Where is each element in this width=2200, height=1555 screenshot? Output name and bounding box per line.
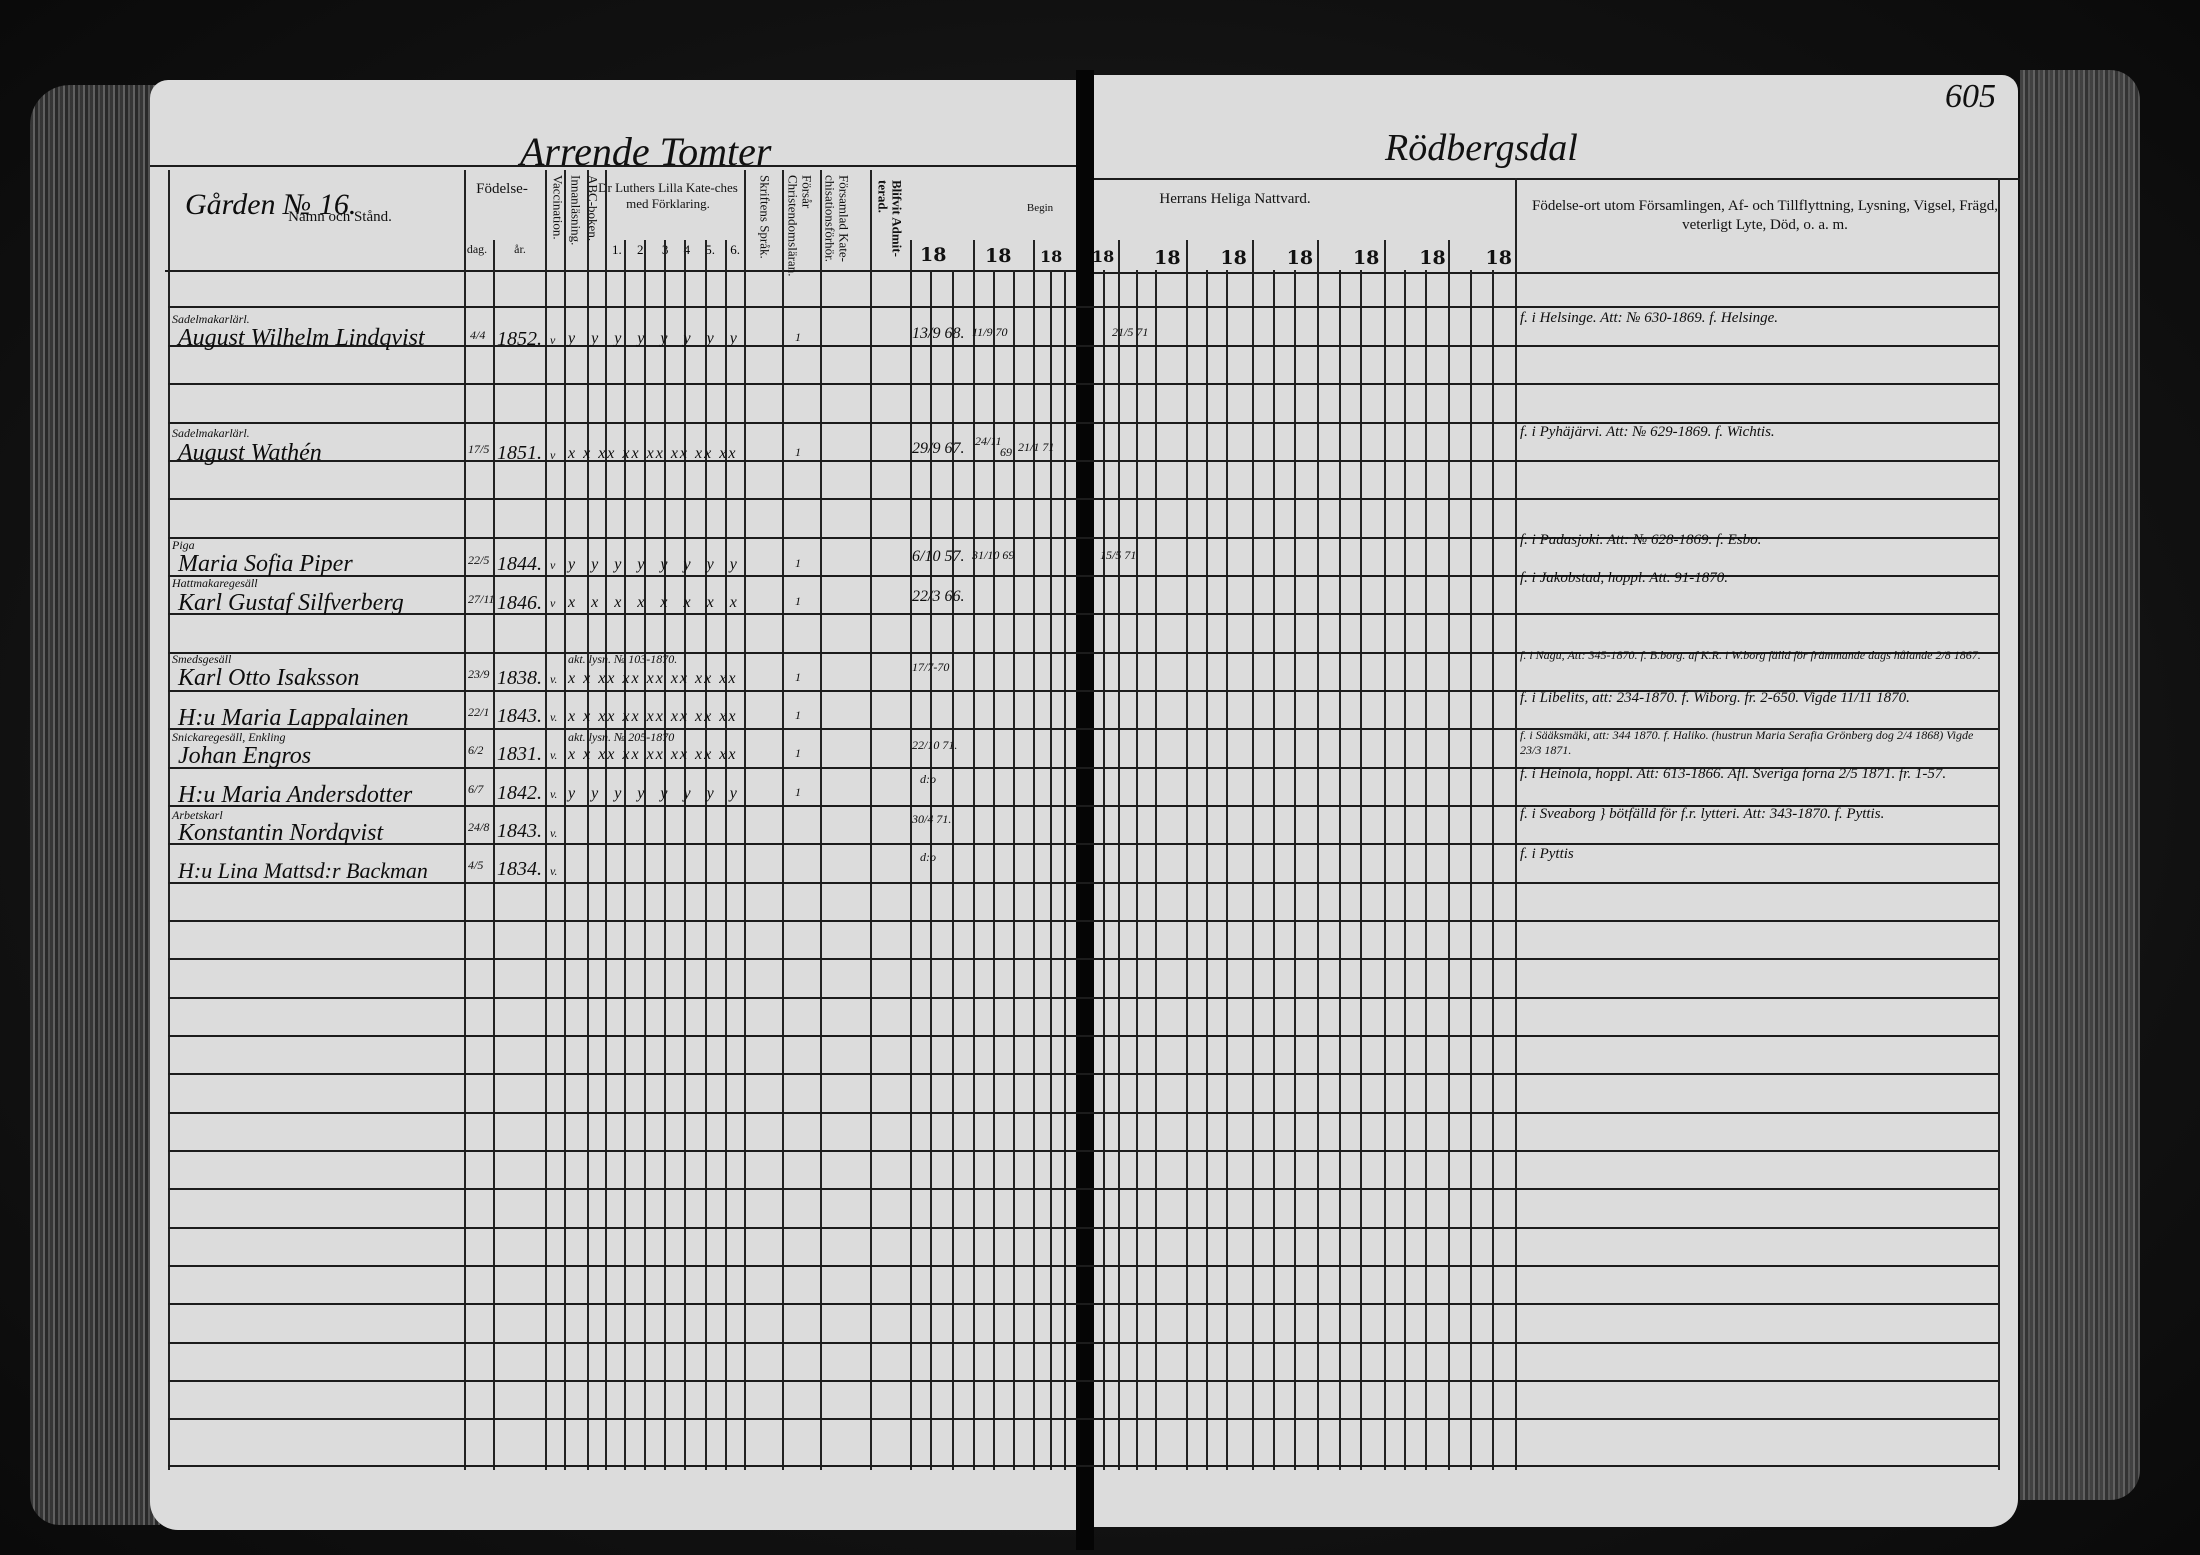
- entry-admitted: 22/10 71.: [912, 738, 957, 753]
- header-communion: Herrans Heliga Nattvard.: [1125, 190, 1345, 209]
- entry-birth-day: 23/9: [468, 667, 489, 682]
- entry-vaccination: v.: [550, 748, 557, 763]
- header-skriftens-sprak: Skriftens Språk.: [757, 175, 771, 265]
- entry-admitted: 6/10 57.: [912, 548, 964, 566]
- entry-occupation: Hattmakaregesäll: [172, 576, 258, 591]
- entry-catechism-note: akt. lysn. № 205-1870: [568, 730, 674, 745]
- entry-vaccination: v.: [550, 787, 557, 802]
- entry-skriftens: 1: [795, 445, 801, 460]
- entry-catechism-marks: y y y y y y y y: [568, 556, 743, 574]
- entry-communion-1: 11/9 70: [972, 325, 1007, 340]
- entry-vaccination: v: [550, 596, 555, 611]
- book-fore-edge-left: [30, 85, 160, 1525]
- entry-catechism-marks: x x xx xx xx xx xx xx: [568, 746, 737, 764]
- book-fore-edge-right: [2020, 70, 2140, 1500]
- year-col-right-3: 18: [1220, 247, 1246, 269]
- entry-vaccination: v: [550, 448, 555, 463]
- year-col-right-7: 18: [1486, 247, 1512, 269]
- header-remarks: Födelse-ort utom Församlingen, Af- och T…: [1530, 197, 2000, 235]
- header-name-and-status: Namn och Stånd.: [240, 208, 440, 227]
- entry-communion-1: 24/11: [975, 434, 1001, 449]
- entry-admitted: 13/9 68.: [912, 325, 964, 343]
- entry-remark: f. i Pyttis: [1520, 846, 1574, 863]
- catechism-col-numbers: 1. 2. 3 4 5. 6.: [612, 242, 740, 258]
- header-catechism-group: Dr Luthers Lilla Kate-ches med Förklarin…: [598, 180, 738, 213]
- entry-birth-day: 22/1: [468, 705, 489, 720]
- entry-skriftens: 1: [795, 670, 801, 685]
- entry-vaccination: v.: [550, 710, 557, 725]
- entry-name: Maria Sofia Piper: [178, 551, 353, 578]
- entry-birth-year: 1846.: [497, 592, 542, 615]
- header-birth: Födelse-: [462, 180, 542, 199]
- entry-birth-year: 1851.: [497, 442, 542, 465]
- entry-communion-2: 69: [1000, 445, 1012, 460]
- entry-remark: f. i Sveaborg } bötfälld för f.r. lytter…: [1520, 806, 1884, 823]
- header-vaccination: Vaccination.: [550, 175, 564, 265]
- entry-occupation: Sadelmakarlärl.: [172, 426, 250, 441]
- entry-name: H:u Lina Mattsd:r Backman: [178, 858, 428, 884]
- entry-birth-year: 1831.: [497, 743, 542, 766]
- header-forsta-christendomslaran: Försår Christendomsläran.: [785, 175, 814, 265]
- year-col-right-6: 18: [1419, 247, 1445, 269]
- entry-communion-2: 15/5 71: [1100, 548, 1136, 563]
- entry-name: August Wathén: [178, 440, 322, 467]
- entry-birth-year: 1842.: [497, 782, 542, 805]
- entry-catechism-note: akt. lysn. № 103-1870.: [568, 652, 677, 667]
- right-page-heading: Rödbergsdal: [1385, 126, 1578, 170]
- entry-birth-year: 1844.: [497, 553, 542, 576]
- entry-catechism-marks: y y y y y y y y: [568, 785, 743, 803]
- entry-name: Johan Engros: [178, 743, 311, 770]
- header-begin: Begin: [1020, 202, 1060, 216]
- entry-communion-2: 21/5 71: [1112, 325, 1148, 340]
- header-blifvit-admitterad: Blifvit Admit-terad.: [875, 180, 904, 265]
- entry-birth-day: 17/5: [468, 442, 489, 457]
- entry-skriftens: 1: [795, 785, 801, 800]
- header-bottom-rule-left: [165, 270, 1076, 272]
- page-number: 605: [1945, 78, 1996, 116]
- catechism-col-5: 5.: [705, 242, 715, 258]
- header-innanlasning: Innanläsning.: [568, 175, 582, 265]
- entry-birth-year: 1838.: [497, 667, 542, 690]
- entry-catechism-marks: y y y y y y y y: [568, 330, 743, 348]
- header-katechisationsforhor: Församlad Kate-chisationsförhör.: [822, 175, 851, 265]
- entry-skriftens: 1: [795, 594, 801, 609]
- entry-vaccination: v.: [550, 826, 557, 841]
- year-col-right-1: 18: [1092, 247, 1114, 269]
- entry-admitted: 17/7-70: [912, 660, 949, 675]
- header-top-rule-left: [150, 165, 1076, 167]
- entry-birth-day: 27/11: [468, 592, 494, 607]
- entry-vaccination: v.: [550, 864, 557, 879]
- entry-remark: f. i Heinola, hoppl. Att: 613-1866. Afl.…: [1520, 766, 1946, 783]
- entry-name: Karl Otto Isaksson: [178, 665, 359, 692]
- entry-birth-year: 1852.: [497, 328, 542, 351]
- entry-name: Konstantin Nordqvist: [178, 820, 383, 847]
- entry-birth-day: 22/5: [468, 553, 489, 568]
- right-page: [1090, 75, 2018, 1527]
- entry-birth-day: 6/2: [468, 743, 483, 758]
- entry-skriftens: 1: [795, 330, 801, 345]
- entry-name: Karl Gustaf Silfverberg: [178, 590, 404, 617]
- entry-skriftens: 1: [795, 708, 801, 723]
- entry-remark: f. i Pyhäjärvi. Att: № 629-1869. f. Wich…: [1520, 424, 1775, 441]
- entry-birth-day: 6/7: [468, 782, 483, 797]
- year-col-left-1: 18: [920, 244, 946, 266]
- entry-vaccination: v.: [550, 672, 557, 687]
- entry-birth-day: 4/5: [468, 858, 483, 873]
- entry-catechism-marks: x x xx xx xx xx xx xx: [568, 670, 737, 688]
- entry-catechism-marks: x x x x x x x x: [568, 594, 743, 612]
- catechism-col-6: 6.: [730, 242, 740, 258]
- year-col-left-2: 18: [985, 245, 1011, 267]
- header-birth-year: år.: [500, 242, 540, 257]
- entry-skriftens: 1: [795, 556, 801, 571]
- entry-vaccination: v: [550, 333, 555, 348]
- year-col-right-5: 18: [1353, 247, 1379, 269]
- entry-birth-year: 1834.: [497, 858, 542, 881]
- entry-admitted: 22/3 66.: [912, 588, 964, 606]
- entry-remark: f. i Libelits, att: 234-1870. f. Wiborg.…: [1520, 690, 1910, 707]
- entry-remark: f. i Sääksmäki, att: 344 1870. f. Haliko…: [1520, 728, 1995, 758]
- year-col-left-3: 18: [1040, 247, 1062, 266]
- entry-remark: f. i Padasjoki. Att: № 628-1869. f. Esbo…: [1520, 532, 1761, 549]
- entry-skriftens: 1: [795, 746, 801, 761]
- entry-admitted: d:o: [920, 772, 936, 787]
- entry-name: H:u Maria Lappalainen: [178, 705, 409, 732]
- entry-remark: f. i Nagu, Att: 345-1870. f. B.borg. af …: [1520, 648, 1981, 663]
- entry-birth-year: 1843.: [497, 705, 542, 728]
- year-col-right-2: 18: [1154, 247, 1180, 269]
- entry-catechism-marks: x x xx xx xx xx xx xx: [568, 445, 737, 463]
- entry-name: August Wilhelm Lindqvist: [178, 325, 425, 352]
- entry-communion-1: 31/10 69: [972, 548, 1014, 563]
- left-page-heading: Arrende Tomter: [520, 128, 771, 175]
- entry-catechism-marks: x x xx xx xx xx xx xx: [568, 708, 737, 726]
- entry-admitted: d:o: [920, 850, 936, 865]
- entry-birth-day: 24/8: [468, 820, 489, 835]
- entry-birth-year: 1843.: [497, 820, 542, 843]
- header-birth-day: dag.: [462, 242, 492, 257]
- entry-remark: f. i Helsinge. Att: № 630-1869. f. Helsi…: [1520, 310, 1778, 327]
- entry-admitted: 30/4 71.: [912, 812, 951, 827]
- entry-vaccination: v: [550, 558, 555, 573]
- catechism-col-1: 1.: [612, 242, 622, 258]
- header-bottom-rule-right: [1094, 272, 1999, 274]
- book-gutter: [1076, 70, 1094, 1550]
- entry-remark: f. i Jakobstad, hoppl. Att. 91-1870.: [1520, 570, 1728, 587]
- header-top-rule-right: [1094, 178, 2020, 180]
- entry-admitted: 29/9 67.: [912, 440, 964, 458]
- entry-name: H:u Maria Andersdotter: [178, 782, 412, 809]
- entry-communion-3: 21/1 71: [1018, 440, 1054, 455]
- entry-birth-day: 4/4: [470, 328, 485, 343]
- year-col-right-4: 18: [1287, 247, 1313, 269]
